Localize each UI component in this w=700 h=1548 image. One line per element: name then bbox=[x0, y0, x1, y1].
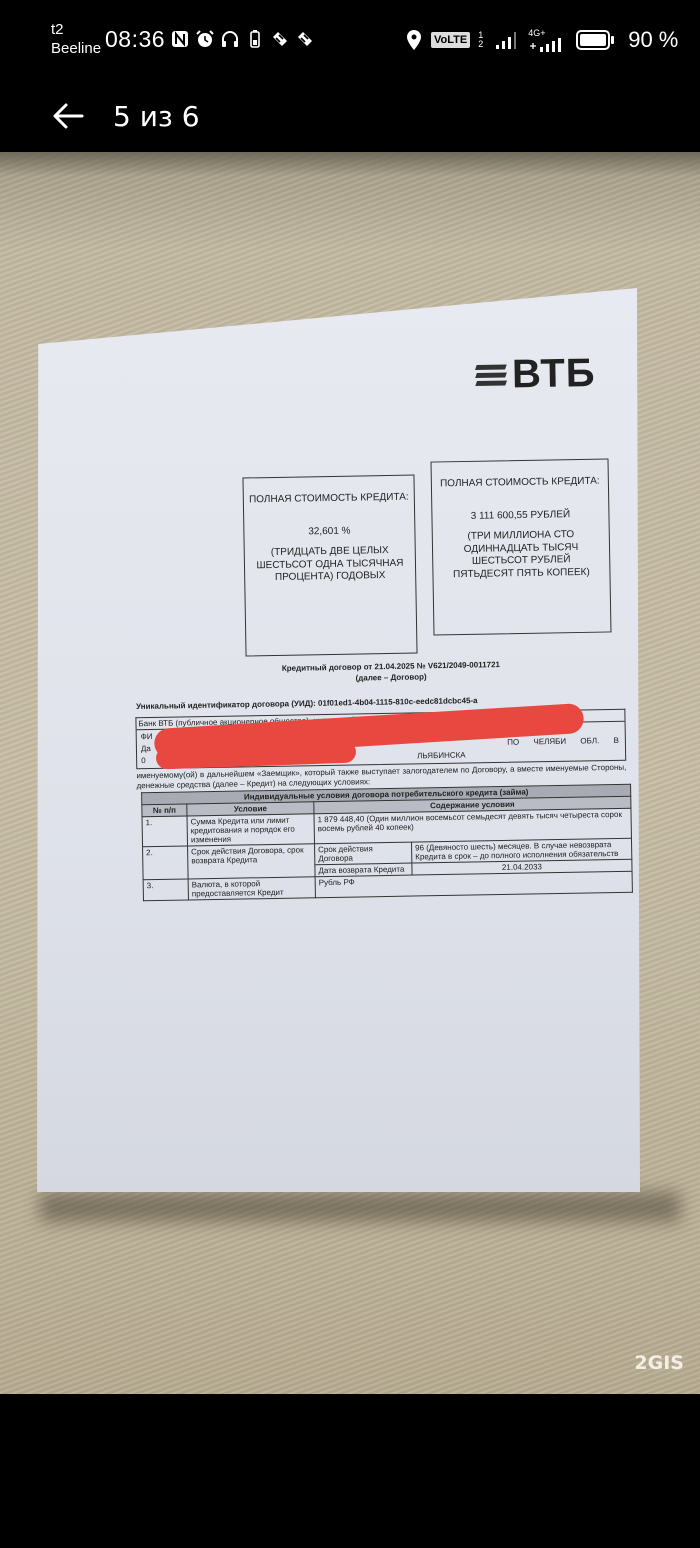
arrow-left-icon[interactable] bbox=[50, 98, 86, 134]
redaction-mark bbox=[530, 1242, 665, 1303]
row-number: 2. bbox=[143, 846, 189, 880]
carrier-2: Beeline bbox=[51, 39, 101, 58]
nfc-icon bbox=[170, 29, 190, 49]
sim-slots: 1 2 bbox=[478, 31, 486, 49]
vtb-logo: ВТБ bbox=[476, 351, 596, 398]
box-heading: ПОЛНАЯ СТОИМОСТЬ КРЕДИТА: bbox=[432, 475, 608, 491]
bottom-bar bbox=[0, 1394, 700, 1548]
borrower-row-value: ПО ЧЕЛЯБИ ОБЛ. В bbox=[507, 736, 619, 747]
vtb-stripes-icon bbox=[476, 365, 506, 387]
borrower-signature-label: Заемщик bbox=[520, 1284, 554, 1293]
shadow-top bbox=[0, 152, 700, 176]
watermark: 2GIS bbox=[634, 1352, 684, 1374]
carrier-1: t2 bbox=[51, 20, 101, 39]
viewer-app-bar: 5 из 6 bbox=[0, 80, 700, 152]
network-type: 4G+ bbox=[528, 29, 545, 38]
signal-sim1-icon bbox=[494, 30, 520, 50]
paper-shadow bbox=[40, 1192, 680, 1222]
contract-title: Кредитный договор от 21.04.2025 № V621/2… bbox=[256, 659, 526, 686]
psk-amount-value: 3 111 600,55 РУБЛЕЙ bbox=[432, 508, 608, 524]
psk-amount-words: (ТРИ МИЛЛИОНА СТО ОДИННАДЦАТЬ ТЫСЯЧ ШЕСТ… bbox=[433, 528, 610, 581]
battery-saver-icon bbox=[245, 29, 265, 49]
row-number: 1. bbox=[142, 816, 188, 847]
contract-page: ВТБ ПОЛНАЯ СТОИМОСТЬ КРЕДИТА: 32,601 % (… bbox=[26, 288, 640, 1192]
borrower-row-label: ФИ bbox=[141, 732, 153, 741]
signatures-label: Подписи сторон: bbox=[346, 1280, 408, 1289]
brand-name: ВТБ bbox=[512, 351, 596, 397]
psk-percent-box: ПОЛНАЯ СТОИМОСТЬ КРЕДИТА: 32,601 % (ТРИД… bbox=[242, 475, 417, 657]
system-icons: VoLTE 1 2 4G+ 90 % bbox=[405, 27, 678, 53]
headphones-icon bbox=[220, 29, 240, 49]
row-condition: Срок действия Договора, срок возврата Кр… bbox=[188, 844, 316, 879]
battery-percent: 90 % bbox=[628, 27, 678, 53]
signal-sim2-icon bbox=[528, 38, 568, 52]
borrower-row-label: Да bbox=[141, 744, 151, 753]
sync-icon bbox=[295, 29, 315, 49]
handwritten-signature bbox=[525, 1231, 620, 1308]
alarm-icon bbox=[195, 29, 215, 49]
borrower-row-value: ЛЬЯБИНСКА bbox=[417, 751, 466, 761]
psk-percent-value: 32,601 % bbox=[244, 524, 414, 539]
image-counter: 5 из 6 bbox=[113, 100, 200, 133]
location-icon bbox=[405, 29, 423, 51]
row-condition: Сумма Кредита или лимит кредитования и п… bbox=[187, 814, 315, 846]
box-heading: ПОЛНАЯ СТОИМОСТЬ КРЕДИТА: bbox=[244, 492, 414, 507]
document-photo[interactable]: ВТБ ПОЛНАЯ СТОИМОСТЬ КРЕДИТА: 32,601 % (… bbox=[0, 152, 700, 1394]
conditions-table: Индивидуальные условия договора потребит… bbox=[141, 784, 633, 902]
row-condition: Валюта, в которой предоставляется Кредит bbox=[188, 877, 315, 900]
clock: 08:36 bbox=[105, 26, 165, 53]
notification-icons bbox=[170, 29, 315, 49]
volte-badge: VoLTE bbox=[431, 32, 470, 48]
row-number: 3. bbox=[143, 879, 188, 901]
row-content: Рубль РФ bbox=[315, 871, 632, 898]
bank-signature: Банк bbox=[146, 1292, 210, 1301]
sync-icon bbox=[270, 29, 290, 49]
contract-uid: Уникальный идентификатор договора (УИД):… bbox=[136, 696, 478, 711]
bank-sign-label: Банк bbox=[146, 1292, 164, 1301]
status-bar: t2 Beeline 08:36 VoLTE 1 2 4G+ 90 % bbox=[0, 0, 700, 80]
battery-icon bbox=[576, 29, 616, 51]
column-header: № п/п bbox=[142, 804, 187, 817]
signature-line bbox=[166, 1298, 210, 1299]
psk-percent-words: (ТРИДЦАТЬ ДВЕ ЦЕЛЫХ ШЕСТЬСОТ ОДНА ТЫСЯЧН… bbox=[245, 545, 416, 585]
borrower-row-label: 0 bbox=[141, 756, 146, 765]
sub-label: Срок действия Договора bbox=[315, 842, 412, 865]
carrier-names: t2 Beeline bbox=[51, 20, 101, 58]
psk-amount-box: ПОЛНАЯ СТОИМОСТЬ КРЕДИТА: 3 111 600,55 Р… bbox=[430, 458, 611, 635]
